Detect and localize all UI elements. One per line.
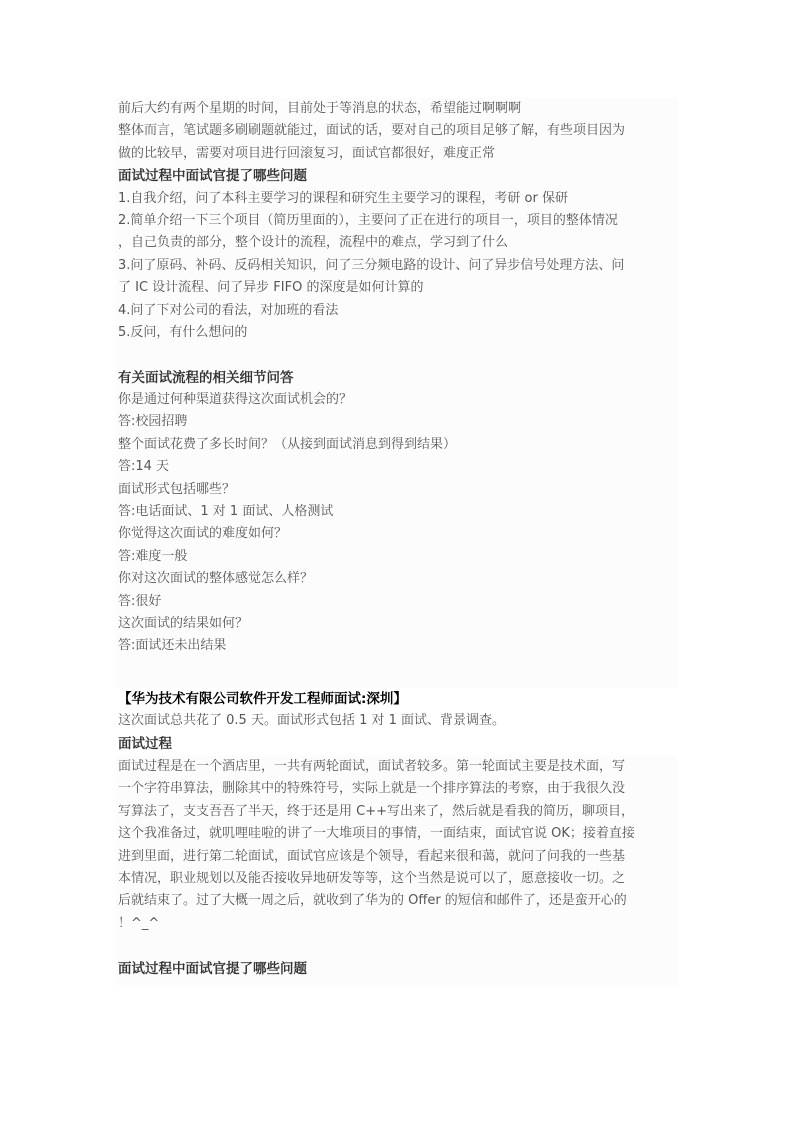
qa-question: 整个面试花费了多长时间？（从接到面试消息到得到结果） [116,434,678,456]
qa-answer: 答:很好 [116,591,678,613]
qa-answer: 答:面试还未出结果 [116,635,678,657]
process-line: ！^_^ [116,913,678,935]
qa-answer: 答:14 天 [116,456,678,478]
document-page: 前后大约有两个星期的时间，目前处于等消息的状态，希望能过啊啊啊 整体而言，笔试题… [0,0,794,1123]
intro-line: 做的比较早，需要对项目进行回滚复习，面试官都很好，难度正常 [116,143,678,165]
process-line: 一个字符串算法，删除其中的特殊符号，实际上就是一个排序算法的考察，由于我很久没 [116,778,678,800]
process-line: 本情况，职业规划以及能否接收异地研发等等，这个当然是说可以了，愿意接收一切。之 [116,868,678,890]
spacer [116,935,678,957]
spacer [116,344,678,366]
process-heading: 面试过程 [116,733,678,755]
question-item: 3.问了原码、补码、反码相关知识，问了三分频电路的设计、问了异步信号处理方法、问 [116,255,678,277]
process-line: 写算法了，支支吾吾了半天，终于还是用 C++写出来了，然后就是看我的简历，聊项目… [116,801,678,823]
qa-question: 你是通过何种渠道获得这次面试机会的？ [116,389,678,411]
huawei-header-block: 【华为技术有限公司软件开发工程师面试:深圳】 这次面试总共花了 0.5 天。面试… [116,688,678,756]
interview-experience-block-1: 前后大约有两个星期的时间，目前处于等消息的状态，希望能过啊啊啊 整体而言，笔试题… [116,98,678,688]
details-heading: 有关面试流程的相关细节问答 [116,367,678,389]
qa-question: 你对这次面试的整体感觉怎么样？ [116,568,678,590]
intro-line: 前后大约有两个星期的时间，目前处于等消息的状态，希望能过啊啊啊 [116,98,678,120]
process-line: 进到里面，进行第二轮面试，面试官应该是个领导，看起来很和蔼，就问了问我的一些基 [116,846,678,868]
interview-summary: 这次面试总共花了 0.5 天。面试形式包括 1 对 1 面试、背景调查。 [116,710,678,732]
question-item: 了 IC 设计流程、问了异步 FIFO 的深度是如何计算的 [116,277,678,299]
qa-answer: 答:校园招聘 [116,411,678,433]
process-line: 面试过程是在一个酒店里，一共有两轮面试，面试者较多。第一轮面试主要是技术面，写 [116,756,678,778]
intro-line: 整体而言，笔试题多刷刷题就能过，面试的话，要对自己的项目足够了解，有些项目因为 [116,120,678,142]
qa-question: 面试形式包括哪些？ [116,479,678,501]
qa-answer: 答:难度一般 [116,546,678,568]
huawei-interview-title: 【华为技术有限公司软件开发工程师面试:深圳】 [116,688,678,710]
question-item: ，自己负责的部分，整个设计的流程，流程中的难点，学习到了什么 [116,232,678,254]
question-item: 4.问了下对公司的看法，对加班的看法 [116,300,678,322]
questions-heading: 面试过程中面试官提了哪些问题 [116,165,678,187]
question-item: 1.自我介绍，问了本科主要学习的课程和研究生主要学习的课程，考研 or 保研 [116,188,678,210]
questions-heading-2: 面试过程中面试官提了哪些问题 [116,958,678,980]
qa-answer: 答:电话面试、1 对 1 面试、人格测试 [116,501,678,523]
process-line: 后就结束了。过了大概一周之后，就收到了华为的 Offer 的短信和邮件了，还是蛮… [116,890,678,912]
qa-question: 你觉得这次面试的难度如何？ [116,523,678,545]
question-item: 5.反问，有什么想问的 [116,322,678,344]
interview-process-block: 面试过程是在一个酒店里，一共有两轮面试，面试者较多。第一轮面试主要是技术面，写 … [116,756,678,985]
question-item: 2.简单介绍一下三个项目（简历里面的），主要问了正在进行的项目一，项目的整体情况 [116,210,678,232]
qa-question: 这次面试的结果如何？ [116,613,678,635]
process-line: 这个我准备过，就叽哩哇啦的讲了一大堆项目的事情，一面结束，面试官说 OK；接着直… [116,823,678,845]
